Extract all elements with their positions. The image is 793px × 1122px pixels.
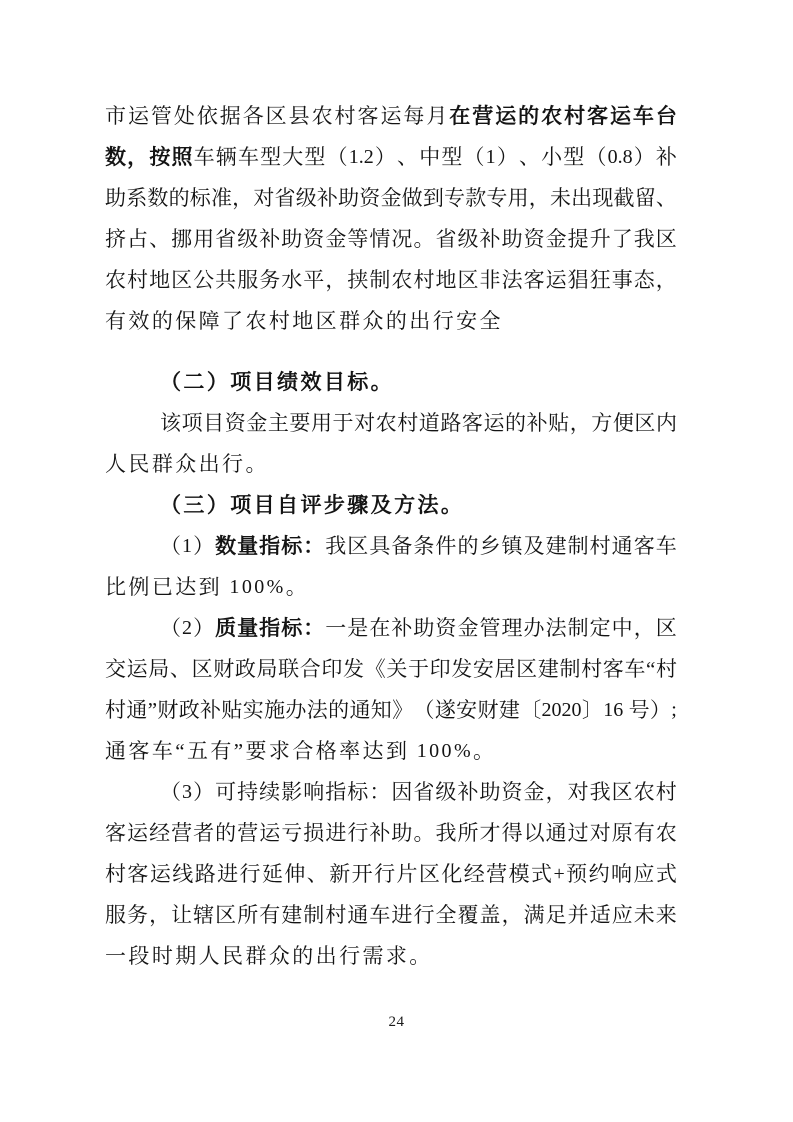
body-text: 助	[105, 178, 126, 219]
body-text: 人	[199, 936, 222, 977]
text-line: 客运经营者的营运亏损进行补助。我所才得以通过对原有农	[105, 813, 677, 854]
body-text: 未	[634, 895, 655, 936]
body-text: 运	[259, 813, 280, 854]
body-text: “	[175, 731, 187, 772]
body-text: ，	[656, 260, 677, 301]
body-text: 农	[634, 772, 655, 813]
bold-text: ：	[303, 608, 324, 649]
body-text: 金	[325, 219, 346, 260]
body-text: 村	[127, 260, 148, 301]
bold-text: 标	[347, 362, 370, 403]
body-text: 用	[193, 219, 214, 260]
bold-text: 量	[237, 608, 258, 649]
body-text: 村	[581, 649, 602, 690]
body-text: 延	[262, 854, 283, 895]
body-text: 通	[347, 895, 368, 936]
body-text: ）	[193, 526, 214, 567]
body-text: 客	[128, 731, 151, 772]
body-text: 格	[316, 731, 339, 772]
body-text: 线	[172, 854, 193, 895]
body-text: 、	[656, 178, 677, 219]
body-text: 营	[171, 813, 192, 854]
body-text: 行	[413, 895, 434, 936]
body-text: 依	[197, 96, 218, 137]
body-text: 贴	[548, 403, 569, 444]
body-text: 局	[256, 649, 277, 690]
bold-text: 。	[441, 485, 464, 526]
body-text: 人	[105, 444, 128, 485]
body-text: 的	[169, 178, 190, 219]
body-text: 办	[524, 608, 545, 649]
body-text: 车	[656, 526, 677, 567]
body-text: 法	[502, 260, 523, 301]
body-text: 水	[281, 260, 302, 301]
body-text: 群	[152, 444, 175, 485]
body-text: 金	[246, 403, 267, 444]
bold-text: （	[160, 362, 183, 403]
body-text: 了	[612, 219, 633, 260]
body-text: 月	[426, 96, 447, 137]
bold-text: 效	[300, 362, 323, 403]
text-line: （2）质量指标：一是在补助资金管理办法制定中，区	[105, 608, 677, 649]
body-text: 补	[457, 772, 478, 813]
body-text: 求	[386, 936, 409, 977]
body-text: 号	[629, 690, 650, 731]
body-text: 村	[397, 403, 418, 444]
body-text: 地	[149, 260, 170, 301]
text-line: 挤占、挪用省级补助资金等情况。省级补助资金提升了我区	[105, 219, 677, 260]
body-text: 客	[524, 260, 545, 301]
body-text: 的	[152, 301, 175, 342]
body-text: 提	[568, 219, 589, 260]
document-body: 市运管处依据各区县农村客运每月在营运的农村客运车台数，按照车辆车型大型（1.2）…	[105, 96, 677, 977]
body-text: 持	[237, 772, 258, 813]
body-text: 行	[433, 301, 456, 342]
body-text: ）	[193, 608, 214, 649]
body-text: ）	[650, 690, 671, 731]
body-text: 辖	[193, 895, 214, 936]
text-line: （1）数量指标：我区具备条件的乡镇及建制村通客车	[105, 526, 677, 567]
body-text: 。	[473, 731, 496, 772]
body-text: 非	[480, 260, 501, 301]
body-text: 镇	[502, 526, 523, 567]
body-text: 助	[281, 219, 302, 260]
body-text: 村	[656, 649, 677, 690]
body-text: 、	[397, 137, 418, 178]
body-text: 助	[502, 219, 523, 260]
text-line: 村通”财政补贴实施办法的通知》（遂安财建〔2020〕16 号）;	[105, 690, 677, 731]
body-text: 式	[656, 854, 677, 895]
body-text: 进	[325, 813, 346, 854]
body-text: 内	[656, 403, 677, 444]
body-text: 时	[152, 936, 175, 977]
paragraph-3: （1）数量指标：我区具备条件的乡镇及建制村通客车比例已达到 100%。	[105, 526, 677, 608]
body-text: 指	[325, 772, 346, 813]
body-text: ，	[325, 260, 346, 301]
body-text: 目	[203, 403, 224, 444]
body-text: 乡	[479, 526, 500, 567]
body-text: 在	[369, 608, 390, 649]
body-text: 做	[402, 178, 423, 219]
body-text: 印	[430, 649, 451, 690]
bold-text: 骤	[347, 485, 370, 526]
body-text: 运	[546, 260, 567, 301]
body-text: 车	[369, 895, 390, 936]
body-text: 来	[656, 895, 677, 936]
body-text: 一	[325, 608, 346, 649]
body-text: 数	[147, 178, 168, 219]
bold-text: ）	[207, 485, 230, 526]
paragraph-4: （2）质量指标：一是在补助资金管理办法制定中，区交运局、区财政局联合印发《关于印…	[105, 608, 677, 772]
body-text: 100%	[409, 731, 473, 772]
body-text: 共	[215, 260, 236, 301]
body-text: 市	[105, 96, 126, 137]
body-text: 法	[307, 690, 328, 731]
body-text: 。	[286, 567, 309, 608]
body-text: ;	[671, 690, 677, 731]
bold-text: 。	[371, 362, 394, 403]
body-text: 行	[222, 444, 245, 485]
body-text: （	[585, 137, 606, 178]
paragraph-1: 市运管处依据各区县农村客运每月在营运的农村客运车台数，按照车辆车型大型（1.2）…	[105, 96, 677, 342]
text-line: 助系数的标准，对省级补助资金做到专款专用，未出现截留、	[105, 178, 677, 219]
body-text: 遂	[435, 690, 456, 731]
body-text: 专	[486, 178, 507, 219]
body-text: +	[553, 854, 564, 895]
body-text: 车	[152, 731, 175, 772]
body-text: ）	[634, 137, 655, 178]
bold-text: 指	[259, 608, 280, 649]
body-text: （	[413, 690, 434, 731]
paragraph-2: 该项目资金主要用于对农村道路客运的补贴，方便区内人民群众出行。	[105, 403, 677, 485]
body-text: 行	[374, 854, 395, 895]
body-text: 出	[571, 178, 592, 219]
body-text: 影	[281, 772, 302, 813]
body-text: 到	[423, 178, 444, 219]
body-text: 地	[435, 260, 456, 301]
bold-text: 项	[230, 362, 253, 403]
bold-text: 按	[149, 137, 170, 178]
body-text: 服	[237, 260, 258, 301]
body-text: 用	[508, 178, 529, 219]
bold-text: 法	[417, 485, 440, 526]
body-text: 省	[215, 219, 236, 260]
body-text: 通	[546, 813, 567, 854]
bold-text: ）	[207, 362, 230, 403]
body-text: 出	[409, 301, 432, 342]
body-text: 出	[316, 936, 339, 977]
body-text: 足	[546, 895, 567, 936]
body-text: 区	[612, 772, 633, 813]
body-text: 安	[473, 649, 494, 690]
body-text: 辆	[216, 137, 237, 178]
body-text: 满	[524, 895, 545, 936]
body-text: 群	[245, 936, 268, 977]
body-text: 务	[127, 895, 148, 936]
body-text: 助	[413, 608, 434, 649]
body-text: 建	[281, 895, 302, 936]
body-text: 区	[316, 301, 339, 342]
bold-text: 目	[254, 362, 277, 403]
body-text: 制	[568, 608, 589, 649]
body-text: 建	[546, 526, 567, 567]
body-text: ，	[149, 895, 170, 936]
body-text: 。	[409, 936, 432, 977]
body-text: 。	[413, 813, 434, 854]
bold-text: 农	[541, 96, 562, 137]
body-text: 建	[538, 649, 559, 690]
body-text: （	[327, 137, 348, 178]
bold-text: 三	[183, 485, 206, 526]
body-text: ：	[369, 772, 390, 813]
body-text: 系	[126, 178, 147, 219]
body-text: 于	[408, 649, 429, 690]
body-text: 全	[480, 301, 503, 342]
body-text: 合	[300, 649, 321, 690]
bold-text: 数	[105, 137, 126, 178]
body-text: 营	[237, 813, 258, 854]
body-text: 补	[527, 403, 548, 444]
body-text: 的	[386, 301, 409, 342]
body-text: 小	[541, 137, 562, 178]
body-text: 金	[524, 772, 545, 813]
text-line: 通客车“五有”要求合格率达到 100%。	[105, 731, 677, 772]
body-text: 。	[245, 444, 268, 485]
body-text: 并	[568, 895, 589, 936]
body-text: 道	[419, 403, 440, 444]
body-text: 管	[479, 608, 500, 649]
bold-text: 目	[324, 362, 347, 403]
body-text: 是	[347, 608, 368, 649]
bold-text: ：	[303, 526, 324, 567]
body-text: 通	[612, 526, 633, 567]
body-text: 3	[182, 772, 192, 813]
body-text: 要	[246, 731, 269, 772]
body-text: 制	[568, 526, 589, 567]
body-text: 车	[624, 649, 645, 690]
bold-text: （	[160, 485, 183, 526]
body-text: 占	[127, 219, 148, 260]
body-text: 已	[152, 567, 175, 608]
body-text: 资	[225, 403, 246, 444]
body-text: 农	[312, 96, 333, 137]
body-text: 截	[614, 178, 635, 219]
body-text: 关	[386, 649, 407, 690]
body-text: 准	[211, 178, 232, 219]
bold-text: 照	[171, 137, 192, 178]
body-text: 主	[268, 403, 289, 444]
body-text: 续	[259, 772, 280, 813]
body-text: ，	[502, 895, 523, 936]
body-text: 及	[524, 526, 545, 567]
body-text: 区	[516, 649, 537, 690]
body-text: 、	[170, 649, 191, 690]
body-text: 农	[376, 403, 397, 444]
body-text: 运	[127, 649, 148, 690]
body-text: 五	[187, 731, 210, 772]
heading-section-2: （二）项目绩效目标。	[105, 362, 677, 403]
body-text: ，	[634, 608, 655, 649]
bold-text: 质	[215, 608, 236, 649]
body-text: 用	[311, 403, 332, 444]
body-text: 印	[321, 649, 342, 690]
body-text: 路	[195, 854, 216, 895]
heading-section-3: （三）项目自评步骤及方法。	[105, 485, 677, 526]
body-text: 通	[105, 731, 128, 772]
body-text: 〔	[520, 690, 541, 731]
body-text: 助	[338, 178, 359, 219]
body-text: 挤	[105, 219, 126, 260]
body-text: 省	[413, 772, 434, 813]
body-text: 片	[396, 854, 417, 895]
body-text: 资	[502, 772, 523, 813]
body-text: 行	[339, 936, 362, 977]
bold-text: 在	[449, 96, 470, 137]
body-text: 》	[392, 690, 413, 731]
body-text: 效	[128, 301, 151, 342]
bold-text: 方	[394, 485, 417, 526]
body-text: 服	[105, 895, 126, 936]
body-text: 补	[200, 690, 221, 731]
body-text: 区	[171, 260, 192, 301]
body-text: 型	[563, 137, 584, 178]
body-text: ”	[234, 731, 246, 772]
body-text: 经	[149, 813, 170, 854]
body-text: 县	[289, 96, 310, 137]
body-text: 于	[333, 403, 354, 444]
body-text: 响	[611, 854, 632, 895]
body-text: 中	[419, 137, 440, 178]
body-text: 运	[150, 854, 171, 895]
body-text: 有	[259, 895, 280, 936]
body-text: 运	[380, 96, 401, 137]
body-text: 者	[193, 813, 214, 854]
body-text: 政	[179, 690, 200, 731]
body-text: 省	[435, 219, 456, 260]
body-text: 100%	[222, 567, 286, 608]
body-text: 交	[105, 649, 126, 690]
body-text: 通	[126, 690, 147, 731]
body-text: 制	[559, 649, 580, 690]
body-text: 到	[386, 731, 409, 772]
body-text: 式	[531, 854, 552, 895]
body-text: 未	[550, 178, 571, 219]
body-text: 保	[175, 301, 198, 342]
text-line: 该项目资金主要用于对农村道路客运的补贴，方便区内	[105, 403, 677, 444]
bold-text: 标	[281, 526, 302, 567]
body-text: 盖	[480, 895, 501, 936]
body-text: 约	[589, 854, 610, 895]
bold-text: 评	[300, 485, 323, 526]
body-text: 法	[546, 608, 567, 649]
body-text: 贴	[221, 690, 242, 731]
body-text: 区	[419, 854, 440, 895]
body-text: ，	[570, 403, 591, 444]
body-text: 金	[457, 608, 478, 649]
body-text: 有	[634, 813, 655, 854]
body-text: “	[646, 649, 655, 690]
body-text: 的	[292, 936, 315, 977]
body-text: 方	[591, 403, 612, 444]
body-text: 16	[603, 690, 628, 731]
body-text: 期	[175, 936, 198, 977]
body-text: 区	[656, 219, 677, 260]
body-text: 模	[509, 854, 530, 895]
body-text: 平	[303, 260, 324, 301]
text-line: 人民群众出行。	[105, 444, 677, 485]
body-text: 村	[413, 260, 434, 301]
bold-text: 指	[259, 526, 280, 567]
body-text: 行	[240, 854, 261, 895]
body-text: 化	[441, 854, 462, 895]
body-text: 营	[486, 854, 507, 895]
body-text: 对	[568, 772, 589, 813]
body-text: （	[160, 526, 181, 567]
body-text: 补	[259, 219, 280, 260]
body-text: 具	[369, 526, 390, 567]
body-text: 的	[457, 526, 478, 567]
body-text: ，	[232, 178, 253, 219]
body-text: 《	[365, 649, 386, 690]
body-text: 制	[369, 260, 390, 301]
body-text: 定	[590, 608, 611, 649]
body-text: 众	[175, 444, 198, 485]
body-text: 挟	[347, 260, 368, 301]
text-line: 数，按照车辆车型大型（1.2）、中型（1）、小型（0.8）补	[105, 137, 677, 178]
body-text: 众	[362, 301, 385, 342]
bold-text: 自	[277, 485, 300, 526]
bold-text: 二	[183, 362, 206, 403]
body-text: 区	[215, 895, 236, 936]
body-text: 0.8	[608, 137, 633, 178]
body-text: 村	[105, 854, 126, 895]
body-text: 标	[190, 178, 211, 219]
body-text: 村	[269, 301, 292, 342]
body-text: 民	[222, 936, 245, 977]
body-text: 便	[613, 403, 634, 444]
body-text: 区	[192, 649, 213, 690]
body-text: 出	[199, 444, 222, 485]
body-text: 民	[128, 444, 151, 485]
body-text: 新	[329, 854, 350, 895]
text-line: （三）项目自评步骤及方法。	[105, 485, 677, 526]
body-text: 〕	[582, 690, 603, 731]
bold-text: ，	[127, 137, 148, 178]
bold-text: 营	[472, 96, 493, 137]
body-text: 我	[634, 219, 655, 260]
body-text: 级	[237, 219, 258, 260]
body-text: 要	[289, 403, 310, 444]
body-text: 达	[363, 731, 386, 772]
body-text: 级	[458, 219, 479, 260]
text-line: 农村地区公共服务水平，挟制农村地区非法客运猖狂事态，	[105, 260, 677, 301]
bold-text: 绩	[277, 362, 300, 403]
body-text: 事	[612, 260, 633, 301]
body-text: 2020	[542, 690, 582, 731]
body-text: 的	[328, 690, 349, 731]
bold-text: 车	[633, 96, 654, 137]
body-text: 安	[456, 690, 477, 731]
body-text: 障	[199, 301, 222, 342]
body-text: 比	[105, 567, 128, 608]
body-text: 应	[612, 895, 633, 936]
body-text: 资	[435, 608, 456, 649]
body-text: 该	[160, 403, 181, 444]
body-text: 狂	[590, 260, 611, 301]
text-line: 一段时期人民群众的出行需求。	[105, 936, 677, 977]
body-text: 原	[612, 813, 633, 854]
body-text: 响	[303, 772, 324, 813]
